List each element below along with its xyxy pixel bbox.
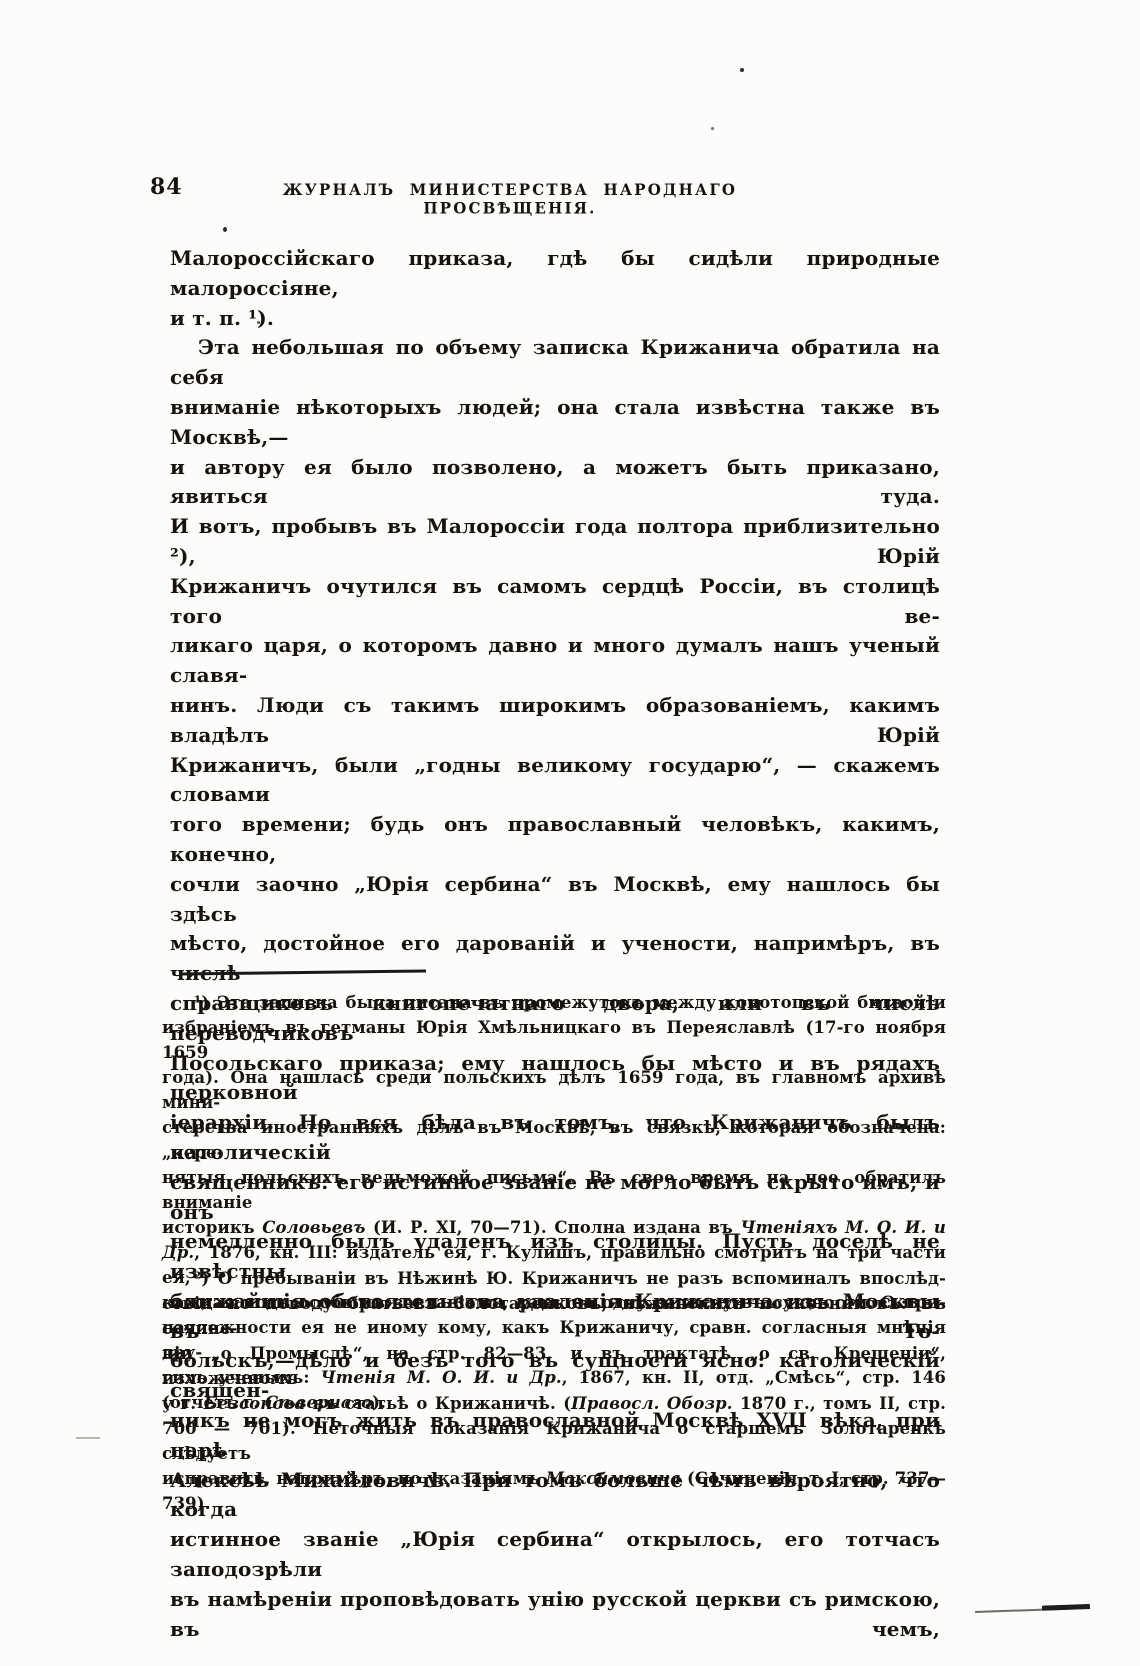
text-segment: года). Она нашлась среди польскихъ дѣлъ …: [162, 1068, 946, 1112]
page-number: 84: [150, 174, 183, 200]
text-segment: ніи „о Промыслѣ“, на стр. 82—83, и въ тр…: [162, 1344, 946, 1388]
text-line: 700 — 701). Неточныя показанія Крижанича…: [162, 1416, 946, 1466]
text-line: исправить, напримѣръ, по указаніямъ Макс…: [162, 1466, 946, 1516]
text-line: избраніемъ въ гетманы Юрія Хмѣльницкаго …: [162, 1015, 946, 1065]
text-line: Эта небольшая по объему записка Крижанич…: [170, 333, 940, 393]
text-line: мѣсто, достойное его дарованій и ученост…: [170, 929, 940, 989]
scan-artifact-line: [975, 1601, 1090, 1615]
text-line: Малороссійскаго приказа, гдѣ бы сидѣли п…: [170, 244, 940, 304]
ink-speck: [711, 127, 714, 130]
scanned-book-page: 84 ЖУРНАЛЪ МИНИСТЕРСТВА НАРОДНАГО ПРОСВѢ…: [0, 0, 1140, 1666]
text-segment: того времени; будь онъ православный чело…: [170, 812, 940, 866]
text-line: ствіи по поводу братьевъ Золотаренковъ, …: [162, 1291, 946, 1341]
text-segment: въ статьѣ о Крижаничѣ. (: [305, 1394, 571, 1413]
text-segment: 1870 г., томъ II, стр.: [733, 1394, 946, 1413]
ink-speck: [740, 68, 744, 72]
text-line: нятыя польскихъ вельможей письма“. Въ св…: [162, 1165, 946, 1215]
text-segment: и т. п. ¹).: [170, 306, 274, 330]
text-line: года). Она нашлась среди польскихъ дѣлъ …: [162, 1065, 946, 1115]
text-segment: Соловьевъ: [262, 1218, 365, 1237]
text-line: и автору ея было позволено, а можетъ быт…: [170, 453, 940, 513]
text-line: того времени; будь онъ православный чело…: [170, 810, 940, 870]
text-segment: и автору ея было позволено, а можетъ быт…: [170, 455, 940, 509]
text-segment: избраніемъ въ гетманы Юрія Хмѣльницкаго …: [162, 1018, 946, 1062]
text-segment: Малороссійскаго приказа, гдѣ бы сидѣли п…: [170, 246, 940, 300]
text-segment: ¹) Эта записка была писана въ промежуток…: [194, 993, 946, 1012]
text-segment: въ намѣреніи проповѣдовать унію русской …: [170, 1587, 940, 1641]
text-segment: Крижаничъ, были „годны великому государю…: [170, 753, 940, 807]
text-segment: И вотъ, пробывъ въ Малороссіи года полто…: [170, 514, 940, 568]
text-line: историкъ Соловьевъ (И. Р. XI, 70—71). Сп…: [162, 1215, 946, 1240]
text-segment: ствіи по поводу братьевъ Золотаренковъ, …: [162, 1294, 946, 1338]
text-segment: (И. Р. XI, 70—71). Сполна издана въ: [365, 1218, 740, 1237]
text-segment: Др.: [162, 1243, 194, 1262]
ink-speck: [257, 321, 260, 324]
text-segment: Максимовича: [546, 1469, 681, 1488]
text-line: нинъ. Люди съ такимъ широкимъ образовані…: [170, 691, 940, 751]
text-segment: Безсонова: [204, 1394, 306, 1413]
text-segment: нятыя польскихъ вельможей письма“. Въ св…: [162, 1168, 946, 1212]
text-line: ликаго царя, о которомъ давно и много ду…: [170, 631, 940, 691]
text-segment: ²) О пребываніи въ Нѣжинѣ Ю. Крижаничъ н…: [194, 1269, 946, 1288]
footnote-2: ²) О пребываніи въ Нѣжинѣ Ю. Крижаничъ н…: [162, 1266, 946, 1516]
text-segment: Правосл. Обозр.: [571, 1394, 732, 1413]
margin-mark: [76, 1437, 100, 1439]
text-line: въ намѣреніи проповѣдовать унію русской …: [170, 1585, 940, 1645]
text-line: вниманіе нѣкоторыхъ людей; она стала изв…: [170, 393, 940, 453]
text-line: истинное званіе „Юрія сербина“ открылось…: [170, 1525, 940, 1585]
text-segment: 700 — 701). Неточныя показанія Крижанича…: [162, 1419, 946, 1463]
running-title: ЖУРНАЛЪ МИНИСТЕРСТВА НАРОДНАГО ПРОСВѢЩЕН…: [250, 180, 770, 218]
text-line: Крижаничъ очутился въ самомъ сердцѣ Росс…: [170, 572, 940, 632]
text-segment: мѣсто, достойное его дарованій и ученост…: [170, 931, 940, 985]
text-segment: исправить, напримѣръ, по указаніямъ: [162, 1469, 546, 1488]
text-segment: вниманіе нѣкоторыхъ людей; она стала изв…: [170, 395, 940, 449]
text-segment: стерства иностранныхъ дѣлъ въ Москвѣ, въ…: [162, 1118, 946, 1162]
text-line: стерства иностранныхъ дѣлъ въ Москвѣ, въ…: [162, 1115, 946, 1165]
text-line: у г. Безсонова въ статьѣ о Крижаничѣ. (П…: [162, 1391, 946, 1416]
text-line: Крижаничъ, были „годны великому государю…: [170, 751, 940, 811]
text-segment: сочли заочно „Юрія сербина“ въ Москвѣ, е…: [170, 872, 940, 926]
text-segment: Эта небольшая по объему записка Крижанич…: [170, 335, 940, 389]
text-segment: истинное званіе „Юрія сербина“ открылось…: [170, 1527, 940, 1581]
ink-speck: [223, 227, 227, 232]
text-segment: ликаго царя, о которомъ давно и много ду…: [170, 633, 940, 687]
text-line: ²) О пребываніи въ Нѣжинѣ Ю. Крижаничъ н…: [162, 1266, 946, 1291]
text-line: ніи „о Промыслѣ“, на стр. 82—83, и въ тр…: [162, 1341, 946, 1391]
text-line: И вотъ, пробывъ въ Малороссіи года полто…: [170, 512, 940, 572]
text-segment: у г.: [162, 1394, 204, 1413]
text-line: ¹) Эта записка была писана въ промежуток…: [162, 990, 946, 1015]
scan-artifact-thick: [1042, 1604, 1090, 1611]
text-segment: Чтеніяхъ М. О. И. и: [740, 1218, 946, 1237]
text-segment: нинъ. Люди съ такимъ широкимъ образовані…: [170, 693, 940, 747]
text-segment: Крижаничъ очутился въ самомъ сердцѣ Росс…: [170, 574, 940, 628]
text-line: и т. п. ¹).: [170, 304, 940, 334]
text-segment: историкъ: [162, 1218, 262, 1237]
text-line: сочли заочно „Юрія сербина“ въ Москвѣ, е…: [170, 870, 940, 930]
